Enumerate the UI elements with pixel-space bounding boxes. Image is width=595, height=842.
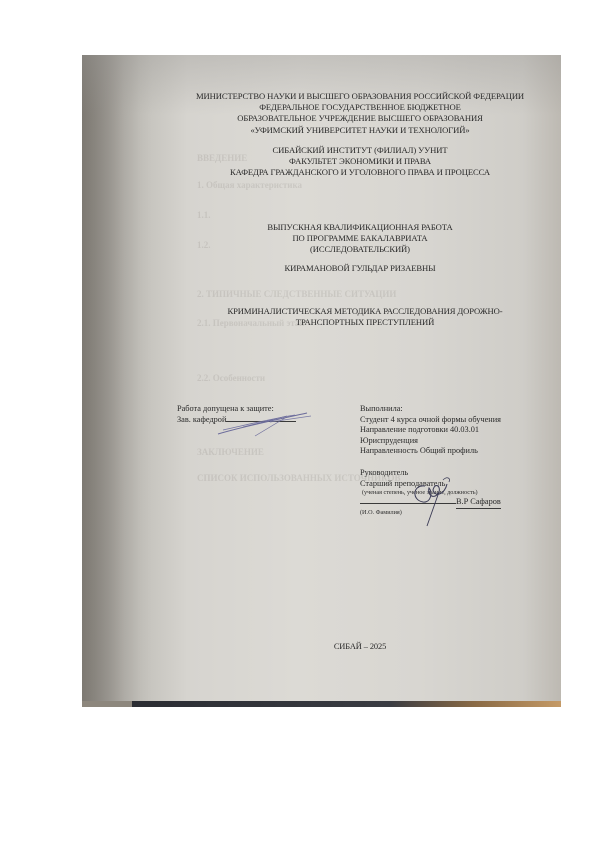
performer-block: Выполнила: Студент 4 курса очной формы о… (360, 404, 501, 457)
performer-label: Выполнила: (360, 404, 501, 415)
supervisor-signature (405, 472, 455, 530)
work-type: ВЫПУСКНАЯ КВАЛИФИКАЦИОННАЯ РАБОТА ПО ПРО… (175, 222, 545, 256)
author-name: КИРАМАНОВОЙ ГУЛЬДАР РИЗАЕВНЫ (175, 263, 545, 274)
head-signature (215, 410, 310, 440)
city-year: СИБАЙ – 2025 (175, 641, 545, 652)
supervisor-name: В.Р Сафаров (456, 497, 501, 509)
title-page: МИНИСТЕРСТВО НАУКИ И ВЫСШЕГО ОБРАЗОВАНИЯ… (0, 0, 595, 842)
institute-block: СИБАЙСКИЙ ИНСТИТУТ (ФИЛИАЛ) УУНИТ ФАКУЛЬ… (175, 145, 545, 179)
ministry-header: МИНИСТЕРСТВО НАУКИ И ВЫСШЕГО ОБРАЗОВАНИЯ… (175, 91, 545, 136)
thesis-title: КРИМИНАЛИСТИЧЕСКАЯ МЕТОДИКА РАССЛЕДОВАНИ… (180, 306, 550, 328)
